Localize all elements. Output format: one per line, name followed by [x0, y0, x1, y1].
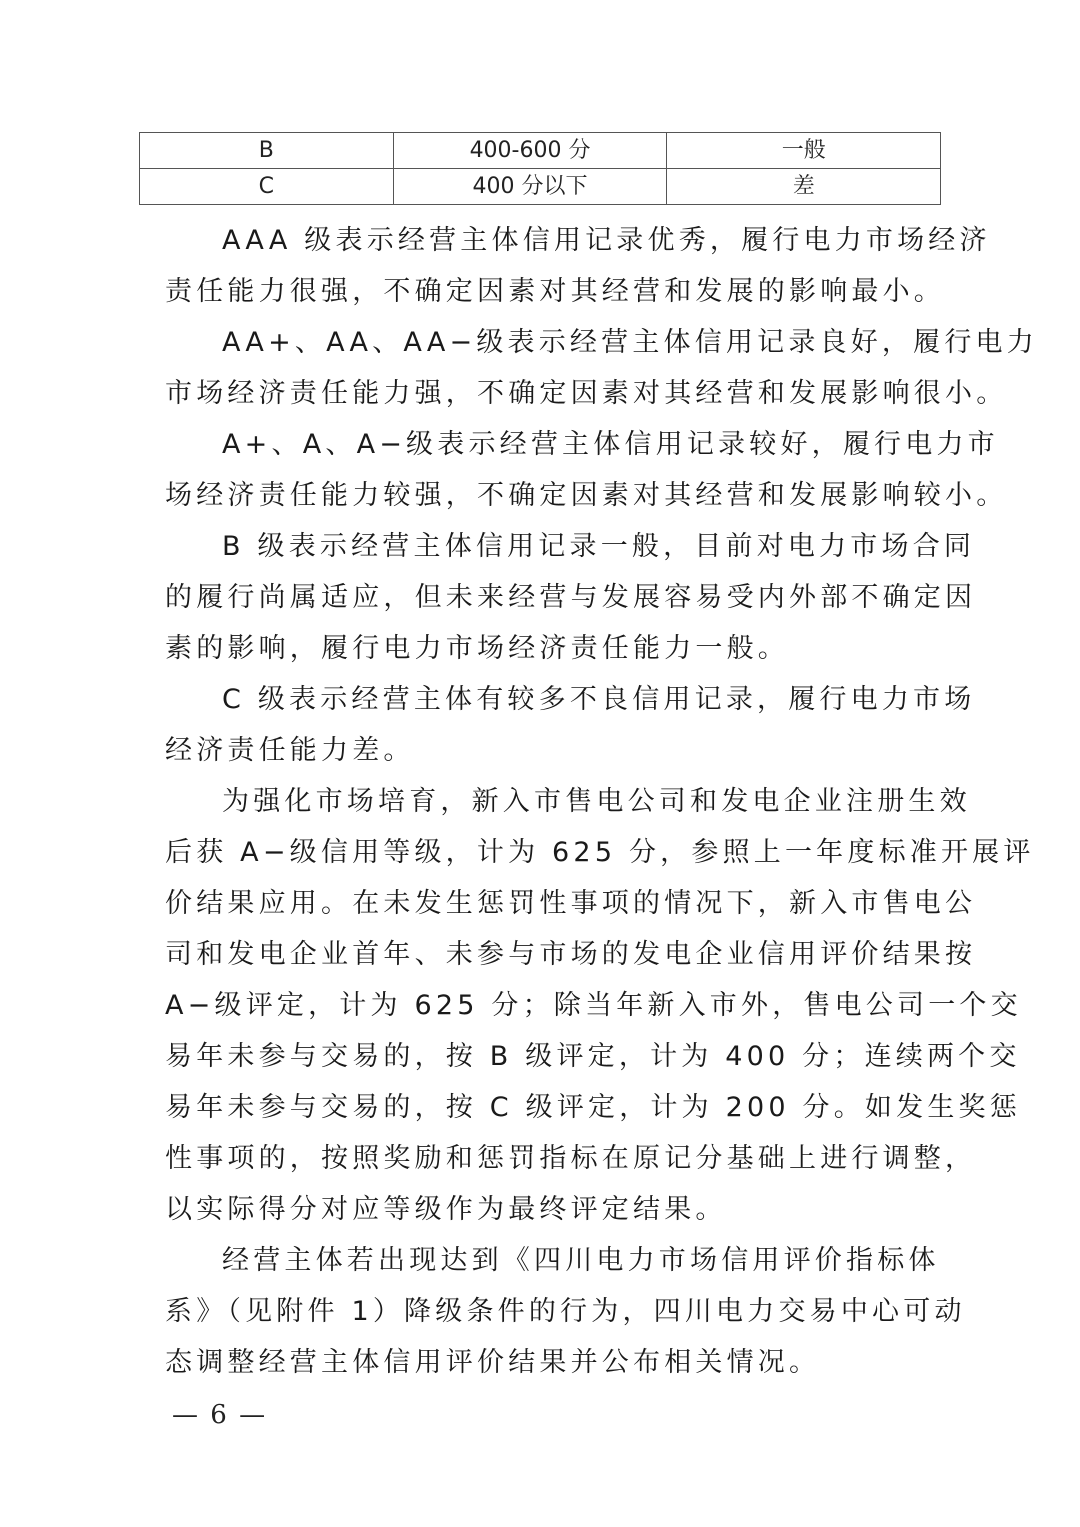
text-line: 司和发电企业首年、未参与市场的发电企业信用评价结果按: [165, 936, 925, 987]
text-line: A+、A、A−级表示经营主体信用记录较好，履行电力市: [165, 426, 925, 477]
score-range-cell: 400-600 分: [393, 133, 667, 169]
text-line: 性事项的，按照奖励和惩罚指标在原记分基础上进行调整，: [165, 1140, 925, 1191]
text-line: B 级表示经营主体信用记录一般，目前对电力市场合同: [165, 528, 925, 579]
body-text: AAA 级表示经营主体信用记录优秀，履行电力市场经济 责任能力很强，不确定因素对…: [165, 222, 925, 1395]
credit-level-cell: 一般: [667, 133, 941, 169]
text-line: 场经济责任能力较强，不确定因素对其经营和发展影响较小。: [165, 477, 925, 528]
text-line: AAA 级表示经营主体信用记录优秀，履行电力市场经济: [165, 222, 925, 273]
paragraph-aa-grade: AA+、AA、AA−级表示经营主体信用记录良好，履行电力 市场经济责任能力强，不…: [165, 324, 925, 426]
text-line: 价结果应用。在未发生惩罚性事项的情况下，新入市售电公: [165, 885, 925, 936]
text-line: 态调整经营主体信用评价结果并公布相关情况。: [165, 1344, 925, 1395]
page-number: — 6 —: [172, 1400, 267, 1430]
text-line: 系》（见附件 1）降级条件的行为，四川电力交易中心可动: [165, 1293, 925, 1344]
text-line: 素的影响，履行电力市场经济责任能力一般。: [165, 630, 925, 681]
text-line: 以实际得分对应等级作为最终评定结果。: [165, 1191, 925, 1242]
paragraph-b-grade: B 级表示经营主体信用记录一般，目前对电力市场合同 的履行尚属适应，但未来经营与…: [165, 528, 925, 681]
grade-cell: B: [140, 133, 394, 169]
paragraph-aaa-grade: AAA 级表示经营主体信用记录优秀，履行电力市场经济 责任能力很强，不确定因素对…: [165, 222, 925, 324]
text-line: 的履行尚属适应，但未来经营与发展容易受内外部不确定因: [165, 579, 925, 630]
text-line: A−级评定，计为 625 分；除当年新入市外，售电公司一个交: [165, 987, 925, 1038]
text-line: AA+、AA、AA−级表示经营主体信用记录良好，履行电力: [165, 324, 925, 375]
grade-cell: C: [140, 169, 394, 205]
table-row-grade-c: C 400 分以下 差: [140, 169, 941, 205]
text-line: 责任能力很强，不确定因素对其经营和发展的影响最小。: [165, 273, 925, 324]
credit-grade-table: B 400-600 分 一般 C 400 分以下 差: [139, 132, 941, 205]
text-line: 经营主体若出现达到《四川电力市场信用评价指标体: [165, 1242, 925, 1293]
text-line: 市场经济责任能力强，不确定因素对其经营和发展影响很小。: [165, 375, 925, 426]
paragraph-downgrade: 经营主体若出现达到《四川电力市场信用评价指标体 系》（见附件 1）降级条件的行为…: [165, 1242, 925, 1395]
score-range-cell: 400 分以下: [393, 169, 667, 205]
document-page: B 400-600 分 一般 C 400 分以下 差 AAA 级表示经营主体信用…: [0, 0, 1080, 1527]
text-line: C 级表示经营主体有较多不良信用记录，履行电力市场: [165, 681, 925, 732]
text-line: 为强化市场培育，新入市售电公司和发电企业注册生效: [165, 783, 925, 834]
table-row-grade-b: B 400-600 分 一般: [140, 133, 941, 169]
paragraph-c-grade: C 级表示经营主体有较多不良信用记录，履行电力市场 经济责任能力差。: [165, 681, 925, 783]
text-line: 经济责任能力差。: [165, 732, 925, 783]
text-line: 易年未参与交易的，按 C 级评定，计为 200 分。如发生奖惩: [165, 1089, 925, 1140]
paragraph-a-grade: A+、A、A−级表示经营主体信用记录较好，履行电力市 场经济责任能力较强，不确定…: [165, 426, 925, 528]
paragraph-new-entrants: 为强化市场培育，新入市售电公司和发电企业注册生效 后获 A−级信用等级，计为 6…: [165, 783, 925, 1242]
credit-level-cell: 差: [667, 169, 941, 205]
text-line: 后获 A−级信用等级，计为 625 分，参照上一年度标准开展评: [165, 834, 925, 885]
text-line: 易年未参与交易的，按 B 级评定，计为 400 分；连续两个交: [165, 1038, 925, 1089]
